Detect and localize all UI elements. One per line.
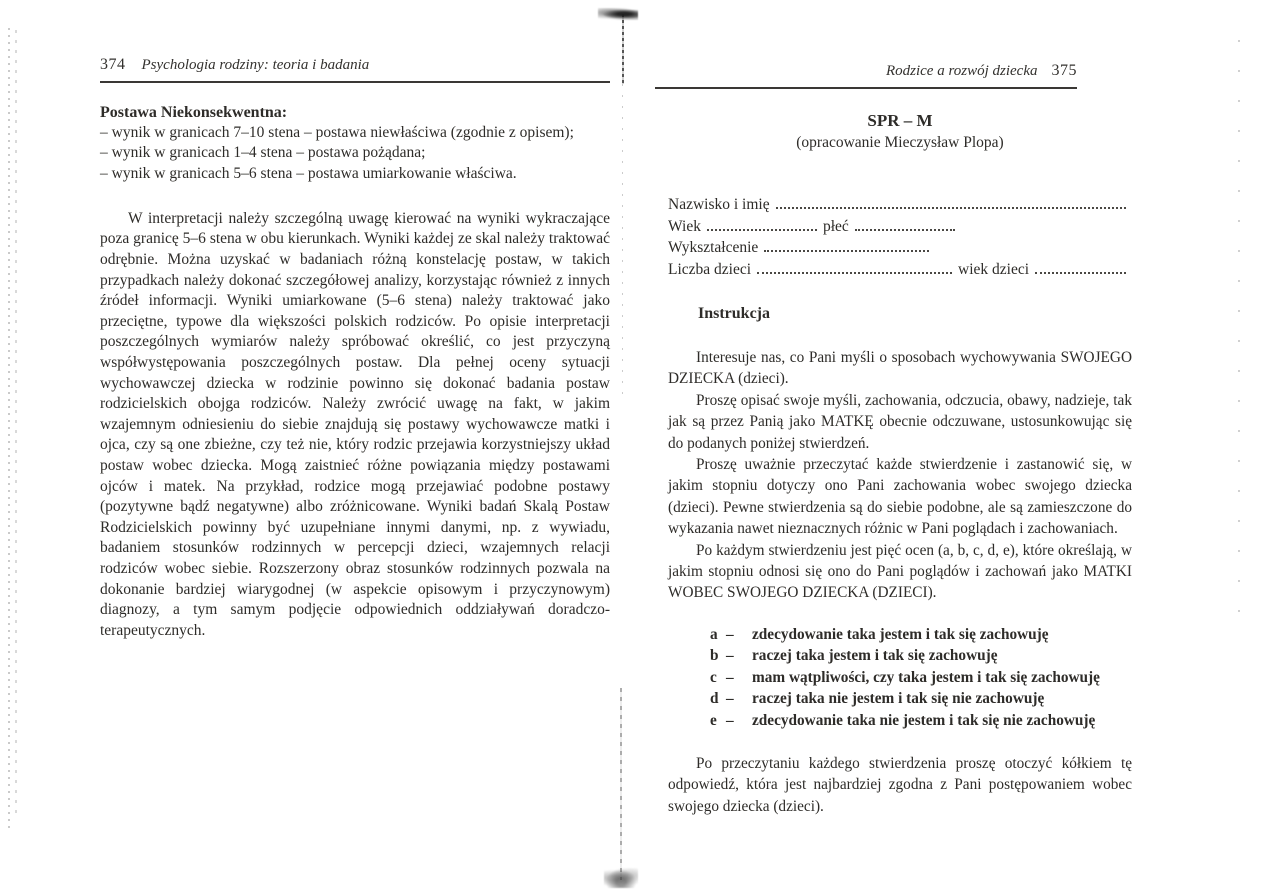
left-running-head: 374 Psychologia rodziny: teoria i badani… <box>100 56 610 83</box>
age-label: Wiek <box>668 218 701 236</box>
children-age-fill-in-line <box>1035 259 1126 274</box>
option-text: raczej taka nie jestem i tak się nie zac… <box>752 688 1044 709</box>
name-label: Nazwisko i imię <box>668 196 770 214</box>
instruction-paragraph: Proszę opisać swoje myśli, zachowania, o… <box>668 390 1132 454</box>
education-fill-in-line <box>764 237 929 252</box>
closing-paragraph: Po przeczytaniu każdego stwierdzenia pro… <box>668 753 1132 817</box>
children-count-fill-in-line <box>757 259 952 274</box>
result-rule: – wynik w granicach 7–10 stena – postawa… <box>100 123 610 143</box>
right-page: Rodzice a rozwój dziecka 375 SPR – M (op… <box>668 0 1132 817</box>
left-edge-scan-artifact <box>15 30 17 820</box>
instruction-paragraph: Po każdym stwierdzeniu jest pięć ocen (a… <box>668 540 1132 604</box>
option-text: zdecydowanie taka jestem i tak się zacho… <box>752 624 1049 645</box>
option-letter: a <box>710 624 726 645</box>
sex-label: płeć <box>823 218 849 236</box>
scanned-book-spread: { "left_page": { "page_number": "374", "… <box>0 0 1263 893</box>
education-label: Wykształcenie <box>668 239 758 257</box>
right-edge-scan-artifact <box>1238 40 1240 640</box>
option-letter: e <box>710 710 726 731</box>
age-fill-in-line <box>707 216 817 231</box>
left-edge-scan-artifact <box>8 28 10 828</box>
answer-option-e: e – zdecydowanie taka nie jestem i tak s… <box>710 710 1132 731</box>
children-age-label: wiek dzieci <box>958 261 1029 279</box>
result-rule: – wynik w granicach 1–4 stena – postawa … <box>100 143 610 163</box>
form-row-name: Nazwisko i imię <box>668 194 1132 216</box>
interpretation-paragraph: W interpretacji należy szczególną uwagę … <box>100 209 610 641</box>
answer-option-a: a – zdecydowanie taka jestem i tak się z… <box>710 624 1132 645</box>
section-heading: Postawa Niekonsekwentna: <box>100 103 610 123</box>
option-dash: – <box>726 667 752 688</box>
option-dash: – <box>726 688 752 709</box>
answer-option-b: b – raczej taka jestem i tak się zachowu… <box>710 645 1132 666</box>
right-running-title: Rodzice a rozwój dziecka <box>886 63 1038 80</box>
answer-option-c: c – mam wątpliwości, czy taka jestem i t… <box>710 667 1132 688</box>
respondent-form: Nazwisko i imię Wiek płeć Wykształcenie … <box>668 194 1132 280</box>
option-letter: b <box>710 645 726 666</box>
form-row-children: Liczba dzieci wiek dzieci <box>668 259 1132 281</box>
option-text: zdecydowanie taka nie jestem i tak się n… <box>752 710 1095 731</box>
instruction-heading: Instrukcja <box>698 304 1132 324</box>
instruction-paragraph: Interesuje nas, co Pani myśli o sposobac… <box>668 347 1132 390</box>
left-page-number: 374 <box>100 56 126 74</box>
binding-fold-line <box>622 84 623 394</box>
children-count-label: Liczba dzieci <box>668 261 751 279</box>
result-rule: – wynik w granicach 5–6 stena – postawa … <box>100 164 610 184</box>
instruction-paragraphs: Interesuje nas, co Pani myśli o sposobac… <box>668 347 1132 604</box>
option-dash: – <box>726 624 752 645</box>
questionnaire-title: SPR – M <box>668 110 1132 132</box>
questionnaire-subtitle: (opracowanie Mieczysław Plopa) <box>668 132 1132 154</box>
left-running-title: Psychologia rodziny: teoria i badania <box>142 57 370 74</box>
form-row-age-sex: Wiek płeć <box>668 216 1132 238</box>
name-fill-in-line <box>776 194 1126 209</box>
left-page: 374 Psychologia rodziny: teoria i badani… <box>100 0 610 641</box>
form-row-education: Wykształcenie <box>668 237 1132 259</box>
instruction-paragraph: Proszę uważnie przeczytać każde stwierdz… <box>668 454 1132 540</box>
sex-fill-in-line <box>855 216 955 231</box>
option-letter: c <box>710 667 726 688</box>
answer-options-list: a – zdecydowanie taka jestem i tak się z… <box>710 624 1132 731</box>
binding-fold-line <box>622 14 624 84</box>
result-rules-list: – wynik w granicach 7–10 stena – postawa… <box>100 123 610 184</box>
option-dash: – <box>726 645 752 666</box>
option-letter: d <box>710 688 726 709</box>
right-page-number: 375 <box>1052 62 1078 80</box>
option-text: mam wątpliwości, czy taka jestem i tak s… <box>752 667 1100 688</box>
binding-fold-line <box>620 688 622 880</box>
binding-fold-smudge-bottom <box>604 868 638 888</box>
option-text: raczej taka jestem i tak się zachowuję <box>752 645 998 666</box>
option-dash: – <box>726 710 752 731</box>
right-running-head: Rodzice a rozwój dziecka 375 <box>655 62 1077 89</box>
answer-option-d: d – raczej taka nie jestem i tak się nie… <box>710 688 1132 709</box>
